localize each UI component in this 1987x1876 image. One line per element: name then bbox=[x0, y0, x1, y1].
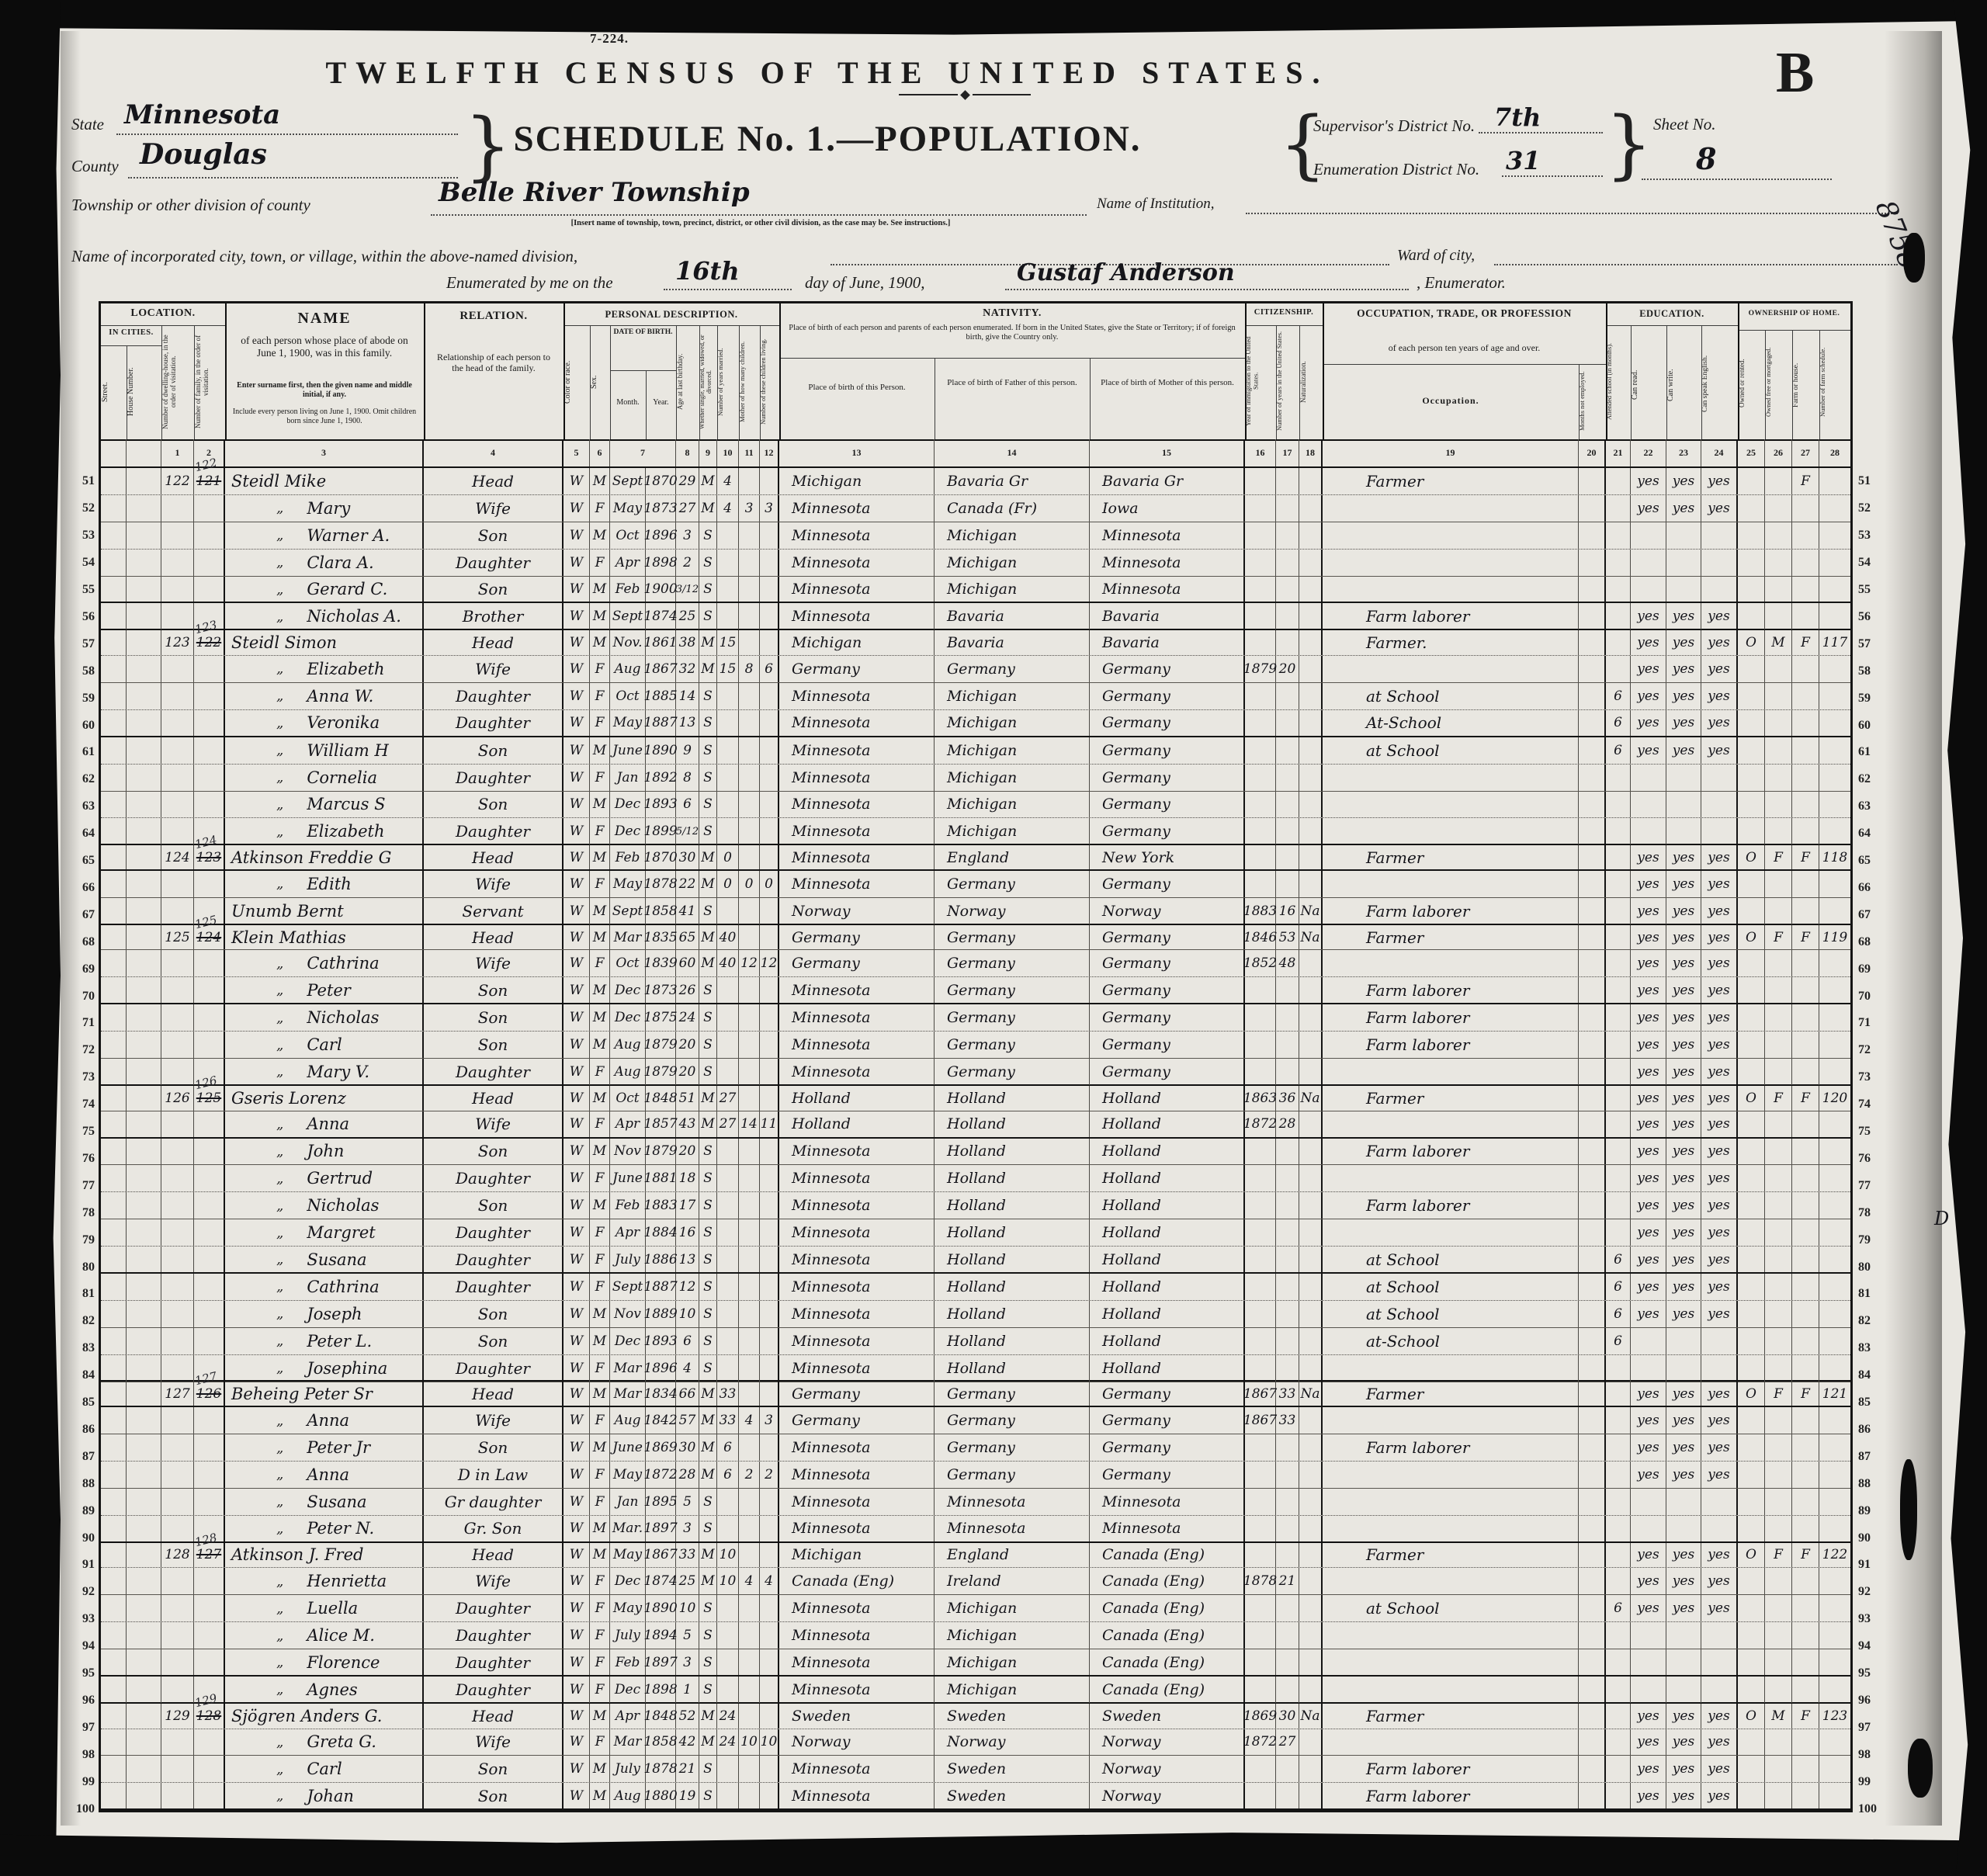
cell-months-not-employed bbox=[1579, 656, 1606, 682]
cell-mother-of: 0 bbox=[739, 871, 760, 897]
cell-can-read: yes bbox=[1631, 1595, 1666, 1621]
cell-street bbox=[101, 1516, 127, 1541]
cell-color: W bbox=[564, 1111, 590, 1137]
cell-children-living bbox=[760, 1382, 779, 1406]
column-number: 19 bbox=[1323, 439, 1579, 466]
column-number: 26 bbox=[1765, 439, 1792, 466]
dob-label: DATE OF BIRTH. bbox=[612, 328, 674, 337]
cell-attended-school: 6 bbox=[1606, 710, 1631, 736]
cell-mother-of bbox=[739, 1301, 760, 1327]
cell-owned-rented bbox=[1738, 1192, 1765, 1219]
column-number: 17 bbox=[1276, 439, 1299, 466]
cell-years-in-us bbox=[1276, 522, 1299, 549]
cell-birth-year: 1898 bbox=[646, 550, 676, 576]
free-mortgaged-label: Owned free or mortgaged. bbox=[1765, 328, 1792, 435]
cell-birth-year: 1885 bbox=[646, 683, 676, 709]
cell-farm-schedule bbox=[1819, 898, 1850, 924]
cell-birth-year: 1880 bbox=[646, 1783, 676, 1808]
cell-years-married bbox=[717, 977, 739, 1003]
ditto-mark: „ bbox=[276, 1251, 283, 1267]
cell-dwelling-number bbox=[161, 1595, 194, 1621]
cell-color: W bbox=[564, 1004, 590, 1031]
cell-years-married bbox=[717, 683, 739, 709]
table-row: „Peter JrSonWMJune186930M6MinnesotaGerma… bbox=[101, 1434, 1850, 1462]
cell-age: 22 bbox=[676, 871, 699, 897]
cell-dwelling-number: 129 bbox=[161, 1704, 194, 1729]
ward-line bbox=[1494, 264, 1898, 265]
cell-years-married: 6 bbox=[717, 1462, 739, 1488]
cell-years-in-us: 48 bbox=[1276, 950, 1299, 976]
cell-name: Beheing Peter Sr bbox=[225, 1382, 424, 1406]
cell-mother-of: 12 bbox=[739, 950, 760, 976]
cell-years-in-us bbox=[1276, 1301, 1299, 1327]
cell-color: W bbox=[564, 737, 590, 764]
cell-color: W bbox=[564, 1434, 590, 1461]
cell-birth-year: 1879 bbox=[646, 1059, 676, 1085]
cell-owned-rented bbox=[1738, 1649, 1765, 1675]
cell-birthplace: Minnesota bbox=[779, 1004, 935, 1031]
cell-owned-rented bbox=[1738, 1111, 1765, 1137]
cell-mother-birthplace: Norway bbox=[1090, 898, 1245, 924]
cell-can-read: yes bbox=[1631, 603, 1666, 629]
table-row: „EdithWifeWFMay187822M000MinnesotaGerman… bbox=[101, 871, 1850, 898]
table-row: 125125124Klein MathiasHeadWMMar183565M40… bbox=[101, 924, 1850, 951]
cell-farm-schedule: 117 bbox=[1819, 630, 1850, 655]
cell-birth-year: 1890 bbox=[646, 1595, 676, 1621]
cell-free-mortgaged bbox=[1765, 1729, 1792, 1756]
cell-years-married: 4 bbox=[717, 468, 739, 494]
cell-birthplace: Minnesota bbox=[779, 1247, 935, 1272]
cell-sex: M bbox=[590, 1192, 610, 1219]
cell-farm-house bbox=[1792, 1568, 1819, 1594]
cell-relation: Head bbox=[424, 1543, 564, 1568]
cell-farm-house bbox=[1792, 818, 1819, 844]
cell-birthplace: Minnesota bbox=[779, 792, 935, 818]
cell-children-living bbox=[760, 1219, 779, 1246]
cell-naturalization bbox=[1299, 977, 1323, 1003]
cell-immigration-year bbox=[1245, 522, 1276, 549]
column-number: 14 bbox=[935, 439, 1090, 466]
cell-birth-month: Dec bbox=[610, 1004, 646, 1031]
cell-father-birthplace: Michigan bbox=[935, 710, 1090, 736]
cell-occupation bbox=[1323, 1516, 1579, 1541]
cell-mother-birthplace: Canada (Eng) bbox=[1090, 1595, 1245, 1621]
name-note2: Include every person living on June 1, 1… bbox=[230, 407, 419, 426]
cell-attended-school bbox=[1606, 1434, 1631, 1461]
cell-mother-birthplace: Norway bbox=[1090, 1756, 1245, 1782]
cell-can-read: yes bbox=[1631, 1434, 1666, 1461]
cell-birth-year: 1835 bbox=[646, 925, 676, 950]
cell-free-mortgaged bbox=[1765, 468, 1792, 494]
cell-color: W bbox=[564, 977, 590, 1003]
cell-can-write: yes bbox=[1666, 1704, 1701, 1729]
cell-can-speak-english: yes bbox=[1701, 845, 1738, 869]
cell-farm-schedule bbox=[1819, 1059, 1850, 1085]
cell-owned-rented: O bbox=[1738, 845, 1765, 869]
cell-sex: M bbox=[590, 1382, 610, 1406]
cell-birth-year: 1892 bbox=[646, 765, 676, 791]
cell-father-birthplace: Germany bbox=[935, 977, 1090, 1003]
cell-years-married: 4 bbox=[717, 495, 739, 522]
cell-occupation: Farmer bbox=[1323, 845, 1579, 869]
county-value: Douglas bbox=[140, 138, 267, 171]
cell-relation: Daughter bbox=[424, 1165, 564, 1191]
cell-years-married bbox=[717, 1247, 739, 1272]
cell-birth-month: Oct bbox=[610, 950, 646, 976]
cell-color: W bbox=[564, 1729, 590, 1756]
cell-birth-month: May bbox=[610, 1543, 646, 1568]
cell-naturalization bbox=[1299, 1434, 1323, 1461]
cell-house-number bbox=[127, 468, 161, 494]
cell-months-not-employed bbox=[1579, 977, 1606, 1003]
cell-name: „Carl bbox=[225, 1756, 424, 1782]
enumeration-label: Enumeration District No. bbox=[1313, 160, 1479, 179]
cell-months-not-employed bbox=[1579, 1783, 1606, 1808]
cell-free-mortgaged: F bbox=[1765, 1382, 1792, 1406]
cell-owned-rented bbox=[1738, 710, 1765, 736]
cell-farm-schedule bbox=[1819, 950, 1850, 976]
cell-birth-month: Feb bbox=[610, 577, 646, 602]
cell-age: 52 bbox=[676, 1704, 699, 1729]
cell-family-number bbox=[194, 1192, 225, 1219]
cell-months-not-employed bbox=[1579, 710, 1606, 736]
supervisor-line bbox=[1479, 132, 1603, 134]
immigration-year-label: Year of immigration to the United States… bbox=[1245, 327, 1276, 435]
cell-years-in-us bbox=[1276, 1139, 1299, 1165]
cell-mother-birthplace: Germany bbox=[1090, 818, 1245, 844]
cell-birth-month: Aug bbox=[610, 1032, 646, 1058]
cell-relation: Head bbox=[424, 1382, 564, 1406]
cell-birth-year: 1893 bbox=[646, 792, 676, 818]
cell-children-living: 0 bbox=[760, 871, 779, 897]
cell-free-mortgaged bbox=[1765, 1192, 1792, 1219]
cell-birth-year: 1886 bbox=[646, 1247, 676, 1272]
cell-immigration-year bbox=[1245, 710, 1276, 736]
cell-relation: Brother bbox=[424, 603, 564, 629]
cell-father-birthplace: Canada (Fr) bbox=[935, 495, 1090, 522]
cell-years-in-us: 27 bbox=[1276, 1729, 1299, 1756]
cell-naturalization bbox=[1299, 1516, 1323, 1541]
cell-years-married bbox=[717, 792, 739, 818]
cell-can-write: yes bbox=[1666, 845, 1701, 869]
cell-relation: Son bbox=[424, 1192, 564, 1219]
cell-marital-status: S bbox=[699, 1301, 717, 1327]
cell-color: W bbox=[564, 1247, 590, 1272]
cell-name: Atkinson J. Fred bbox=[225, 1543, 424, 1568]
cell-children-living bbox=[760, 1783, 779, 1808]
table-row: „Peter N.Gr. SonWMMar.18973SMinnesotaMin… bbox=[101, 1516, 1850, 1543]
cell-can-read: yes bbox=[1631, 1382, 1666, 1406]
cell-birthplace: Canada (Eng) bbox=[779, 1568, 935, 1594]
cell-farm-schedule bbox=[1819, 1328, 1850, 1354]
ditto-mark: „ bbox=[276, 1600, 283, 1617]
attended-school-label: Attended school (in months). bbox=[1606, 327, 1631, 435]
cell-years-married: 10 bbox=[717, 1568, 739, 1594]
cell-children-living bbox=[760, 603, 779, 629]
cell-naturalization bbox=[1299, 1059, 1323, 1085]
cell-can-speak-english: yes bbox=[1701, 1139, 1738, 1165]
cell-months-not-employed bbox=[1579, 737, 1606, 764]
paper-edge-shadow bbox=[61, 31, 81, 1826]
cell-color: W bbox=[564, 1595, 590, 1621]
cell-name: „Joseph bbox=[225, 1301, 424, 1327]
cell-farm-schedule bbox=[1819, 1192, 1850, 1219]
cell-years-in-us bbox=[1276, 1462, 1299, 1488]
ditto-mark: „ bbox=[276, 527, 283, 543]
cell-relation: Head bbox=[424, 845, 564, 869]
cell-name: Unumb Bernt bbox=[225, 898, 424, 924]
cell-can-speak-english: yes bbox=[1701, 925, 1738, 950]
cell-family-number bbox=[194, 1622, 225, 1649]
cell-farm-schedule bbox=[1819, 495, 1850, 522]
cell-family-number bbox=[194, 1004, 225, 1031]
farm-house-label: Farm or house. bbox=[1792, 335, 1819, 435]
cell-free-mortgaged bbox=[1765, 1407, 1792, 1434]
table-row: 128128127Atkinson J. FredHeadWMMay186733… bbox=[101, 1541, 1850, 1569]
cell-birthplace: Norway bbox=[779, 898, 935, 924]
cell-dwelling-number bbox=[161, 656, 194, 682]
cell-birth-year: 1842 bbox=[646, 1407, 676, 1434]
farm-schedule-label: Number of farm schedule. bbox=[1819, 328, 1850, 435]
cell-name: Atkinson Freddie G bbox=[225, 845, 424, 869]
cell-years-in-us bbox=[1276, 710, 1299, 736]
cell-mother-birthplace: Germany bbox=[1090, 1407, 1245, 1434]
cell-years-in-us bbox=[1276, 1165, 1299, 1191]
cell-color: W bbox=[564, 1568, 590, 1594]
cell-children-living bbox=[760, 818, 779, 844]
cell-name: „Cathrina bbox=[225, 1274, 424, 1300]
cell-street bbox=[101, 925, 127, 950]
cell-naturalization: Na bbox=[1299, 925, 1323, 950]
table-row: „SusanaGr daughterWFJan18955SMinnesotaMi… bbox=[101, 1489, 1850, 1516]
cell-marital-status: M bbox=[699, 1382, 717, 1406]
cell-dwelling-number bbox=[161, 792, 194, 818]
cell-can-speak-english bbox=[1701, 1516, 1738, 1541]
cell-street bbox=[101, 1756, 127, 1782]
cell-marital-status: M bbox=[699, 630, 717, 655]
cell-immigration-year bbox=[1245, 737, 1276, 764]
cell-color: W bbox=[564, 1086, 590, 1111]
cell-immigration-year: 1863 bbox=[1245, 1086, 1276, 1111]
cell-farm-house bbox=[1792, 710, 1819, 736]
cell-relation: Wife bbox=[424, 495, 564, 522]
cell-can-speak-english: yes bbox=[1701, 1247, 1738, 1272]
cell-age: 12 bbox=[676, 1274, 699, 1300]
cell-color: W bbox=[564, 656, 590, 682]
cell-mother-of bbox=[739, 977, 760, 1003]
ditto-mark: „ bbox=[276, 1466, 283, 1482]
cell-can-read bbox=[1631, 1328, 1666, 1354]
cell-years-married: 15 bbox=[717, 630, 739, 655]
cell-mother-of bbox=[739, 468, 760, 494]
cell-can-speak-english: yes bbox=[1701, 630, 1738, 655]
cell-can-speak-english: yes bbox=[1701, 1756, 1738, 1782]
census-table: LOCATION. NAME RELATION. PERSONAL DESCRI… bbox=[99, 301, 1853, 1812]
cell-attended-school: 6 bbox=[1606, 1247, 1631, 1272]
cell-birth-year: 1874 bbox=[646, 1568, 676, 1594]
cell-house-number bbox=[127, 1247, 161, 1272]
cell-house-number bbox=[127, 1729, 161, 1756]
table-row: „AnnaWifeWFApr185743M271411HollandHollan… bbox=[101, 1111, 1850, 1139]
cell-house-number bbox=[127, 1355, 161, 1382]
cell-months-not-employed bbox=[1579, 1677, 1606, 1703]
cell-months-not-employed bbox=[1579, 818, 1606, 844]
cell-birthplace: Germany bbox=[779, 950, 935, 976]
occupation-label: Occupation. bbox=[1323, 395, 1579, 406]
cell-age: 32 bbox=[676, 656, 699, 682]
cell-birth-year: 1869 bbox=[646, 1434, 676, 1461]
cell-attended-school bbox=[1606, 495, 1631, 522]
cell-can-speak-english: yes bbox=[1701, 1111, 1738, 1137]
cell-can-write: yes bbox=[1666, 710, 1701, 736]
cell-mother-birthplace: Holland bbox=[1090, 1139, 1245, 1165]
cell-years-in-us bbox=[1276, 1756, 1299, 1782]
cell-house-number bbox=[127, 1192, 161, 1219]
cell-farm-house bbox=[1792, 871, 1819, 897]
cell-birth-year: 1897 bbox=[646, 1516, 676, 1541]
cell-can-speak-english bbox=[1701, 522, 1738, 549]
cell-years-in-us bbox=[1276, 871, 1299, 897]
cell-free-mortgaged bbox=[1765, 1032, 1792, 1058]
cell-months-not-employed bbox=[1579, 468, 1606, 494]
cell-street bbox=[101, 977, 127, 1003]
cell-marital-status: S bbox=[699, 792, 717, 818]
cell-attended-school bbox=[1606, 1139, 1631, 1165]
cell-relation: Son bbox=[424, 977, 564, 1003]
cell-street bbox=[101, 950, 127, 976]
cell-relation: Daughter bbox=[424, 1622, 564, 1649]
cell-father-birthplace: Michigan bbox=[935, 1622, 1090, 1649]
cell-farm-schedule bbox=[1819, 1516, 1850, 1541]
cell-name: „Agnes bbox=[225, 1677, 424, 1703]
cell-age: 24 bbox=[676, 1004, 699, 1031]
cell-birthplace: Sweden bbox=[779, 1704, 935, 1729]
cell-years-in-us bbox=[1276, 977, 1299, 1003]
cell-can-write bbox=[1666, 1622, 1701, 1649]
cell-farm-house bbox=[1792, 950, 1819, 976]
cell-mother-of bbox=[739, 1274, 760, 1300]
cell-color: W bbox=[564, 1328, 590, 1354]
column-number: 27 bbox=[1792, 439, 1819, 466]
cell-owned-rented bbox=[1738, 1729, 1765, 1756]
cell-mother-birthplace: Germany bbox=[1090, 683, 1245, 709]
cell-birth-year: 1884 bbox=[646, 1219, 676, 1246]
cell-months-not-employed bbox=[1579, 577, 1606, 602]
cell-farm-schedule bbox=[1819, 1407, 1850, 1434]
cell-marital-status: S bbox=[699, 1595, 717, 1621]
cell-marital-status: S bbox=[699, 1516, 717, 1541]
cell-years-in-us bbox=[1276, 792, 1299, 818]
cell-can-read: yes bbox=[1631, 845, 1666, 869]
cell-house-number bbox=[127, 1568, 161, 1594]
cell-occupation bbox=[1323, 1568, 1579, 1594]
cell-children-living bbox=[760, 1032, 779, 1058]
cell-marital-status: S bbox=[699, 1032, 717, 1058]
scan-edge-top bbox=[0, 0, 1987, 36]
cell-father-birthplace: Germany bbox=[935, 656, 1090, 682]
cell-house-number bbox=[127, 1462, 161, 1488]
cell-marital-status: M bbox=[699, 871, 717, 897]
months-not-employed-label: Months not employed. bbox=[1579, 366, 1606, 437]
cell-years-in-us bbox=[1276, 845, 1299, 869]
cell-immigration-year: 1879 bbox=[1245, 656, 1276, 682]
cell-relation: Daughter bbox=[424, 1274, 564, 1300]
cell-street bbox=[101, 468, 127, 494]
cell-immigration-year: 1867 bbox=[1245, 1382, 1276, 1406]
cell-farm-house bbox=[1792, 577, 1819, 602]
supervisor-label: Supervisor's District No. bbox=[1313, 116, 1475, 136]
cell-years-married bbox=[717, 1783, 739, 1808]
cell-owned-rented bbox=[1738, 1407, 1765, 1434]
cell-farm-house bbox=[1792, 1783, 1819, 1808]
cell-can-speak-english bbox=[1701, 765, 1738, 791]
cell-attended-school bbox=[1606, 1783, 1631, 1808]
table-row: „AnnaWifeWFAug184257M3343GermanyGermanyG… bbox=[101, 1407, 1850, 1434]
cell-can-speak-english: yes bbox=[1701, 1568, 1738, 1594]
cell-can-speak-english: yes bbox=[1701, 1434, 1738, 1461]
cell-farm-house bbox=[1792, 1595, 1819, 1621]
cell-attended-school bbox=[1606, 792, 1631, 818]
cell-birthplace: Minnesota bbox=[779, 1434, 935, 1461]
cell-farm-schedule bbox=[1819, 1434, 1850, 1461]
column-number: 10 bbox=[717, 439, 739, 466]
ditto-mark: „ bbox=[276, 1521, 283, 1537]
cell-relation: Daughter bbox=[424, 818, 564, 844]
cell-father-birthplace: Holland bbox=[935, 1247, 1090, 1272]
cell-name: „Luella bbox=[225, 1595, 424, 1621]
cell-farm-house: F bbox=[1792, 1543, 1819, 1568]
table-row: „NicholasSonWMFeb188317SMinnesotaHolland… bbox=[101, 1192, 1850, 1219]
cell-family-number bbox=[194, 977, 225, 1003]
cell-free-mortgaged bbox=[1765, 792, 1792, 818]
cell-father-birthplace: Michigan bbox=[935, 522, 1090, 549]
cell-marital-status: M bbox=[699, 1462, 717, 1488]
cell-birthplace: Minnesota bbox=[779, 818, 935, 844]
cell-mother-of bbox=[739, 1756, 760, 1782]
cell-relation: Wife bbox=[424, 656, 564, 682]
cell-occupation bbox=[1323, 656, 1579, 682]
cell-mother-birthplace: Holland bbox=[1090, 1192, 1245, 1219]
cell-color: W bbox=[564, 1516, 590, 1541]
cell-dwelling-number bbox=[161, 683, 194, 709]
cell-mother-of bbox=[739, 577, 760, 602]
cell-family-number bbox=[194, 1729, 225, 1756]
cell-farm-schedule bbox=[1819, 1677, 1850, 1703]
cell-sex: M bbox=[590, 925, 610, 950]
cell-can-write bbox=[1666, 1677, 1701, 1703]
table-row: „PeterSonWMDec187326SMinnesotaGermanyGer… bbox=[101, 977, 1850, 1004]
ditto-mark: „ bbox=[276, 1306, 283, 1322]
cell-immigration-year bbox=[1245, 845, 1276, 869]
cell-free-mortgaged bbox=[1765, 1756, 1792, 1782]
ditto-mark: „ bbox=[276, 1225, 283, 1241]
cell-children-living: 10 bbox=[760, 1729, 779, 1756]
cell-birth-month: Dec bbox=[610, 792, 646, 818]
cell-free-mortgaged bbox=[1765, 950, 1792, 976]
cell-children-living bbox=[760, 630, 779, 655]
cell-mother-of: 3 bbox=[739, 495, 760, 522]
scan-edge-right bbox=[1939, 0, 1987, 1876]
cell-attended-school bbox=[1606, 522, 1631, 549]
table-row: 122122121Steidl MikeHeadWMSept187029M4Mi… bbox=[101, 468, 1850, 495]
cell-attended-school: 6 bbox=[1606, 683, 1631, 709]
cell-father-birthplace: Holland bbox=[935, 1355, 1090, 1382]
cell-can-write: yes bbox=[1666, 468, 1701, 494]
cell-can-write: yes bbox=[1666, 1595, 1701, 1621]
cell-birth-month: Apr bbox=[610, 1704, 646, 1729]
cell-naturalization bbox=[1299, 495, 1323, 522]
cell-farm-schedule bbox=[1819, 550, 1850, 576]
